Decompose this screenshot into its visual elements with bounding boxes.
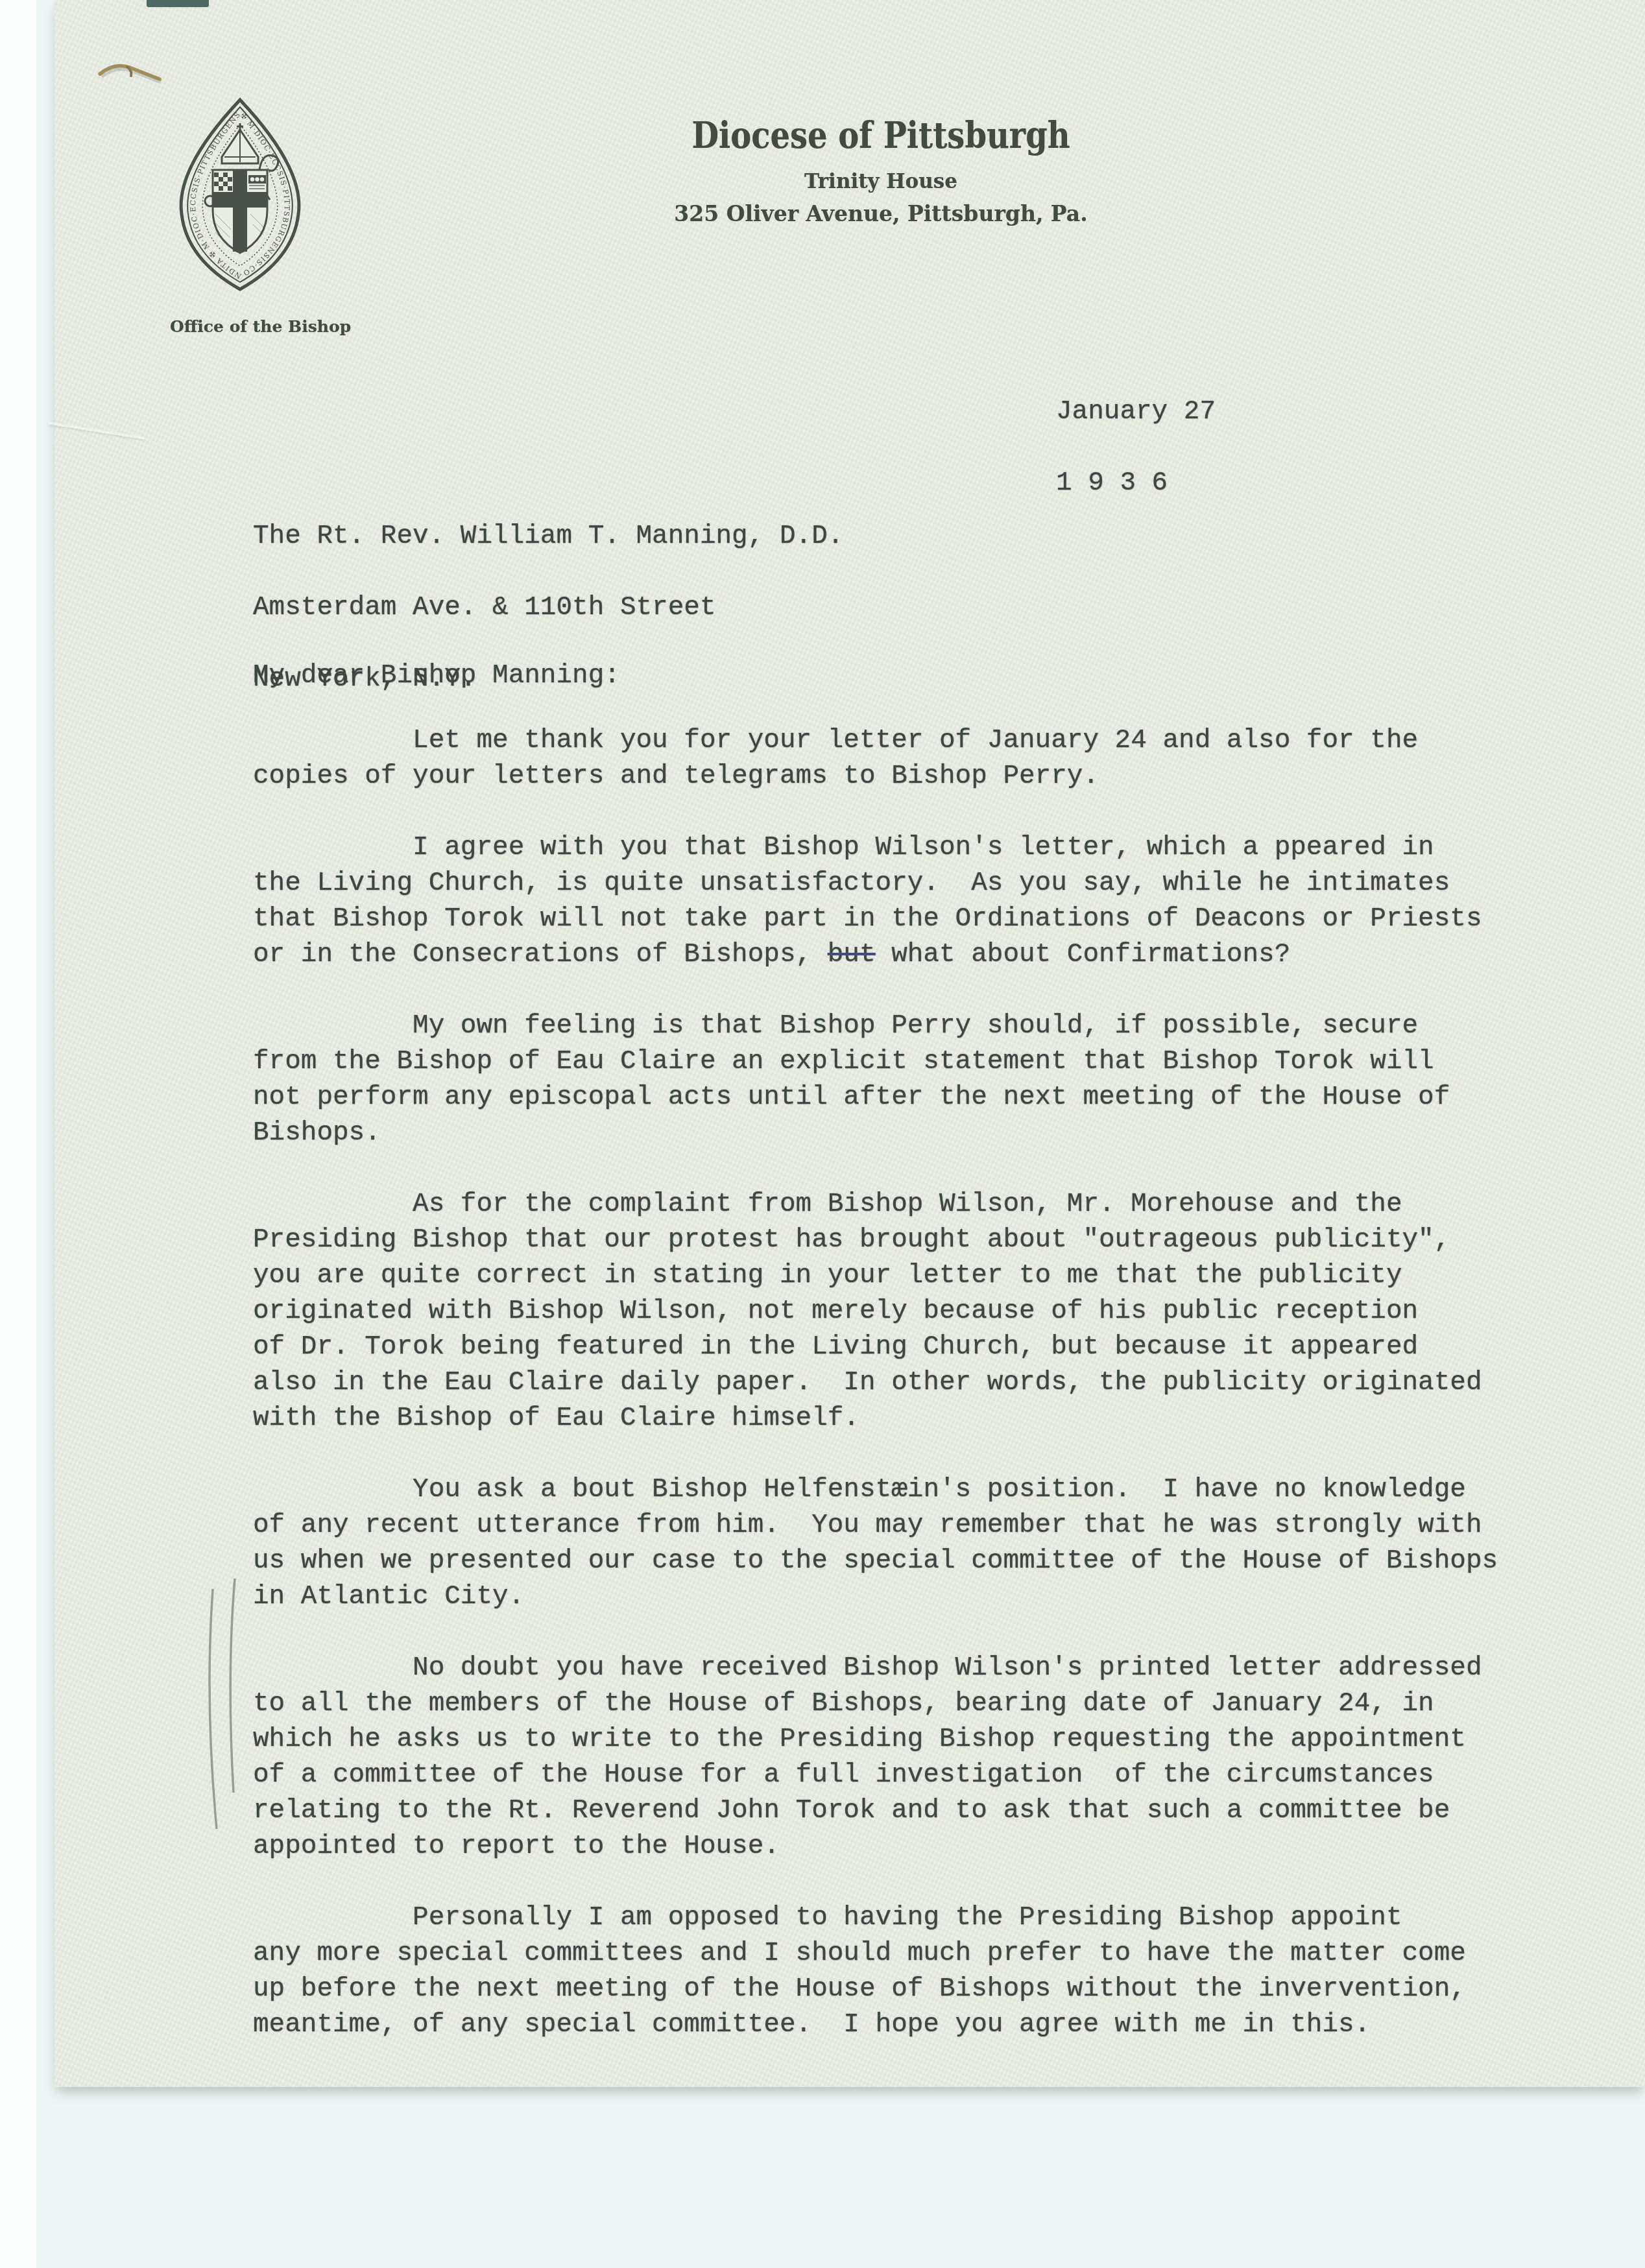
date-block: January 27 1 9 3 6 <box>1056 394 1216 501</box>
date-line1: January 27 <box>1056 397 1216 427</box>
margin-emphasis-marks <box>195 1564 253 1850</box>
recipient-street: Amsterdam Ave. & 110th Street <box>253 593 716 623</box>
diocese-seal-icon: ✠ M·DIOC·ECCSIS·PITTSBURGENSIS·CONDITA ✠… <box>150 97 330 292</box>
salutation: My dear Bishop Manning: <box>253 658 620 694</box>
paragraph-4: As for the complaint from Bishop Wilson,… <box>253 1187 1482 1437</box>
paragraph-6: No doubt you have received Bishop Wilson… <box>253 1651 1482 1865</box>
paragraph-7: Personally I am opposed to having the Pr… <box>253 1900 1466 2043</box>
paragraph-2: I agree with you that Bishop Wilson's le… <box>253 830 1482 973</box>
paragraph-5: You ask a bout Bishop Helfenstæin's posi… <box>253 1472 1498 1615</box>
paragraph-2-tail: what about Confirmations? <box>876 940 1291 970</box>
paper-crease <box>49 422 145 439</box>
recipient-name: The Rt. Rev. William T. Manning, D.D. <box>253 521 843 551</box>
letterhead-office: Office of the Bishop <box>170 317 351 336</box>
page-edge-mark <box>147 0 209 7</box>
scanned-letter: ✠ M·DIOC·ECCSIS·PITTSBURGENSIS·CONDITA ✠… <box>0 0 1645 2268</box>
staple-icon <box>95 58 173 97</box>
scanner-background-strip <box>0 0 36 2268</box>
letterhead-building: Trinity House <box>654 170 1108 193</box>
paragraph-3: My own feeling is that Bishop Perry shou… <box>253 1009 1450 1151</box>
letter-page: ✠ M·DIOC·ECCSIS·PITTSBURGENSIS·CONDITA ✠… <box>54 0 1645 2087</box>
struck-word: but <box>828 940 876 970</box>
date-line2: 1 9 3 6 <box>1056 468 1168 498</box>
letterhead-address: 325 Oliver Avenue, Pittsburgh, Pa. <box>654 201 1108 226</box>
paragraph-1: Let me thank you for your letter of Janu… <box>253 723 1418 794</box>
letterhead-organization: Diocese of Pittsburgh <box>654 114 1108 157</box>
